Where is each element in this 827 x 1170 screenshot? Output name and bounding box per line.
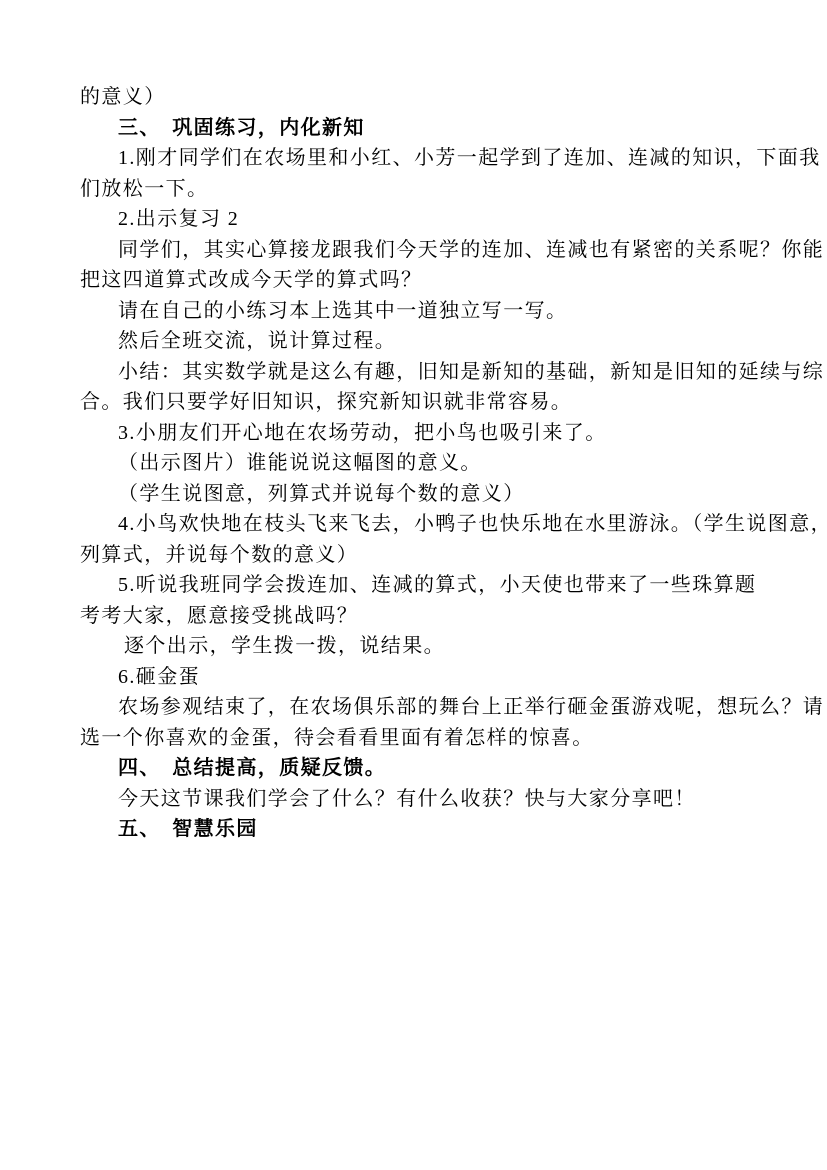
document-page: 的意义） 三、 巩固练习，内化新知 1.刚才同学们在农场里和小红、小芳一起学到了…: [0, 0, 827, 1170]
doc-line: 1.刚才同学们在农场里和小红、小芳一起学到了连加、连减的知识，下面我: [80, 143, 772, 174]
doc-line: 请在自己的小练习本上选其中一道独立写一写。: [80, 296, 772, 327]
doc-line: 3.小朋友们开心地在农场劳动，把小鸟也吸引来了。: [80, 418, 772, 449]
document-body: 的意义） 三、 巩固练习，内化新知 1.刚才同学们在农场里和小红、小芳一起学到了…: [80, 82, 772, 845]
doc-line: （出示图片）谁能说说这幅图的意义。: [80, 448, 772, 479]
section-heading: 四、 总结提高，质疑反馈。: [80, 753, 772, 784]
doc-line: 选一个你喜欢的金蛋，待会看看里面有着怎样的惊喜。: [80, 723, 772, 754]
doc-line: 小结：其实数学就是这么有趣，旧知是新知的基础，新知是旧知的延续与综: [80, 357, 772, 388]
section-heading: 三、 巩固练习，内化新知: [80, 113, 772, 144]
section-heading: 五、 智慧乐园: [80, 814, 772, 845]
doc-line: 6.砸金蛋: [80, 662, 772, 693]
doc-line: 逐个出示，学生拨一拨，说结果。: [80, 631, 772, 662]
doc-line: 2.出示复习 2: [80, 204, 772, 235]
doc-line: 今天这节课我们学会了什么？有什么收获？快与大家分享吧！: [80, 784, 772, 815]
doc-line: 5.听说我班同学会拨连加、连减的算式，小天使也带来了一些珠算题: [80, 570, 772, 601]
doc-line: 同学们，其实心算接龙跟我们今天学的连加、连减也有紧密的关系呢？你能: [80, 235, 772, 266]
doc-line: 考考大家，愿意接受挑战吗？: [80, 601, 772, 632]
doc-line: 们放松一下。: [80, 174, 772, 205]
doc-line: 合。我们只要学好旧知识，探究新知识就非常容易。: [80, 387, 772, 418]
doc-line: 4.小鸟欢快地在枝头飞来飞去，小鸭子也快乐地在水里游泳。（学生说图意，: [80, 509, 772, 540]
doc-line: 农场参观结束了，在农场俱乐部的舞台上正举行砸金蛋游戏呢，想玩么？请: [80, 692, 772, 723]
doc-line: 把这四道算式改成今天学的算式吗？: [80, 265, 772, 296]
doc-line: 的意义）: [80, 82, 772, 113]
doc-line: 列算式，并说每个数的意义）: [80, 540, 772, 571]
doc-line: 然后全班交流，说计算过程。: [80, 326, 772, 357]
doc-line: （学生说图意，列算式并说每个数的意义）: [80, 479, 772, 510]
